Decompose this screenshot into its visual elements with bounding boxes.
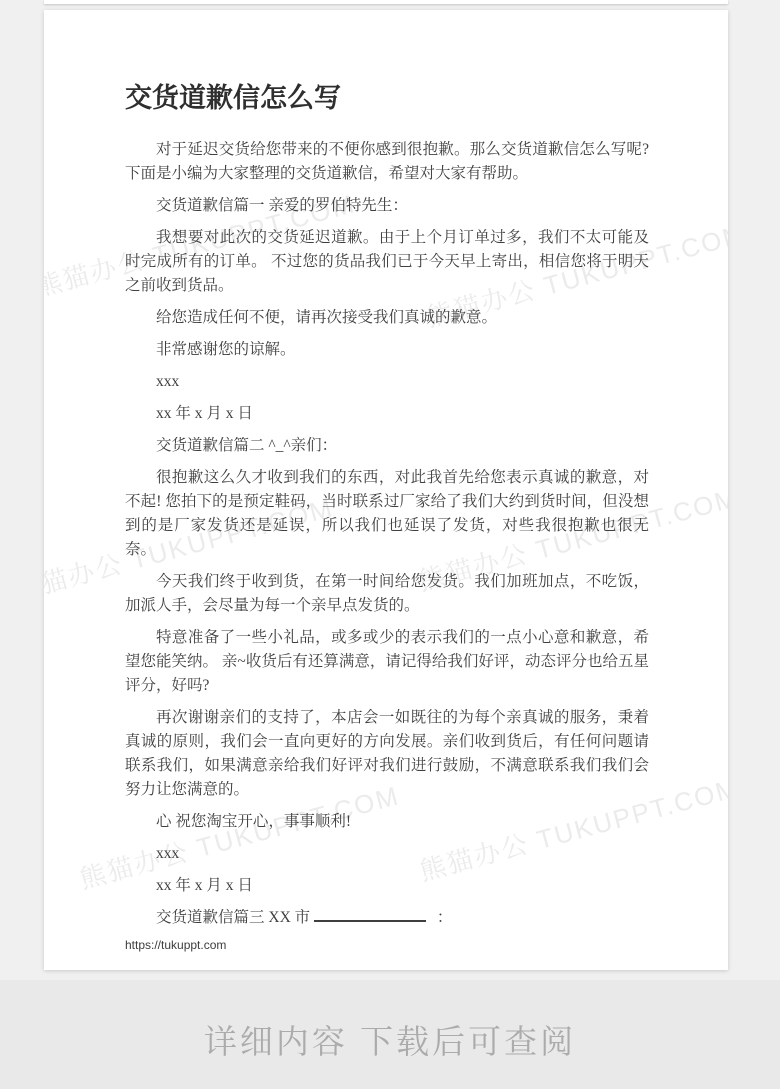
paragraph-prefix: 交货道歉信篇三 XX 市 [156,909,310,926]
footer-note: 详细内容 下载后可查阅 [0,1016,780,1063]
paragraph: 非常感谢您的谅解。 [125,338,649,362]
paragraph: 特意准备了一些小礼品，或多或少的表示我们的一点小心意和歉意，希望您能笑纳。 亲~… [125,626,649,698]
paragraph-suffix: ： [437,909,453,926]
paragraph: 再次谢谢亲们的支持了，本店会一如既往的为每个亲真诚的服务，秉着真诚的原则，我们会… [125,706,649,802]
paragraph: 我想要对此次的交货延迟道歉。由于上个月订单过多，我们不太可能及时完成所有的订单。… [125,226,649,298]
paragraph: 给您造成任何不便，请再次接受我们真诚的歉意。 [125,306,649,330]
document-page: 熊猫办公 TUKUPPT.COM 熊猫办公 TUKUPPT.COM 熊猫办公 T… [44,10,728,970]
paragraph: 今天我们终于收到货，在第一时间给您发货。我们加班加点，不吃饭，加派人手，会尽量为… [125,570,649,618]
paragraph-with-blank: 交货道歉信篇三 XX 市 ： [125,906,649,930]
paragraph: xxx [125,842,649,866]
source-url: https://tukuppt.com [125,938,649,952]
paragraph: xxx [125,370,649,394]
paragraph: 交货道歉信篇一 亲爱的罗伯特先生： [125,194,649,218]
paragraph: xx 年 x 月 x 日 [125,874,649,898]
document-body: 对于延迟交货给您带来的不便你感到很抱歉。那么交货道歉信怎么写呢?下面是小编为大家… [125,138,649,952]
paragraph: xx 年 x 月 x 日 [125,402,649,426]
blank-underline [314,908,426,922]
document-title: 交货道歉信怎么写 [125,80,649,116]
paragraph: 对于延迟交货给您带来的不便你感到很抱歉。那么交货道歉信怎么写呢?下面是小编为大家… [125,138,649,186]
paragraph: 心 祝您淘宝开心，事事顺利! [125,810,649,834]
paragraph: 很抱歉这么久才收到我们的东西，对此我首先给您表示真诚的歉意，对不起! 您拍下的是… [125,466,649,562]
previous-page-edge [44,0,728,4]
paragraph: 交货道歉信篇二 ^_^亲们： [125,434,649,458]
